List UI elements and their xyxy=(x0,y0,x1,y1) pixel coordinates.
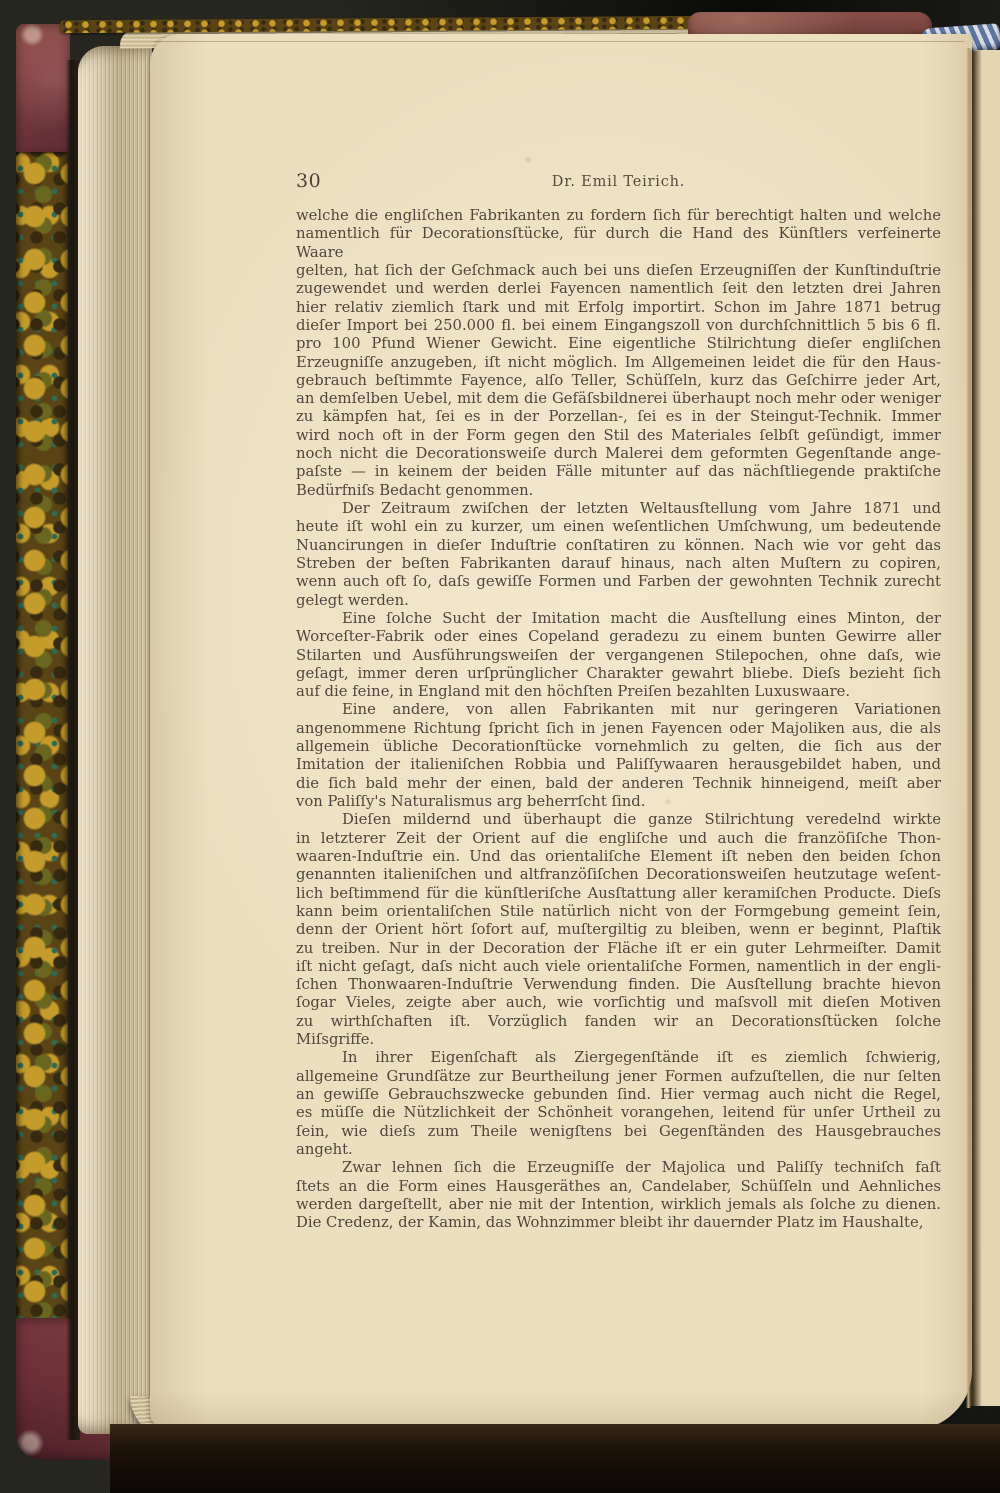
text-line: allgemeine Grundſätze zur Beurtheilung j… xyxy=(296,1068,941,1086)
text-line: kann beim orientaliſchen Stile natürlich… xyxy=(296,903,941,921)
text-line: Stilarten und Ausführungsweiſen der verg… xyxy=(296,647,941,665)
book-bottom-shadow xyxy=(110,1424,1000,1493)
text-line: In ihrer Eigenſchaft als Ziergegenſtände… xyxy=(296,1049,941,1067)
text-line: dieſer Import bei 250.000 fl. bei einem … xyxy=(296,317,941,335)
text-line: Miſsgriffe. xyxy=(296,1031,941,1049)
text-line: pro 100 Pfund Wiener Gewicht. Eine eigen… xyxy=(296,335,941,353)
page-edge-stack-left xyxy=(78,46,152,1434)
paragraph: In ihrer Eigenſchaft als Ziergegenſtände… xyxy=(296,1049,941,1159)
paragraph: Eine andere, von allen Fabrikanten mit n… xyxy=(296,701,941,811)
text-line: zu kämpfen hat, ſei es in der Porzellan-… xyxy=(296,408,941,426)
paragraph: Der Zeitraum zwiſchen der letzten Weltau… xyxy=(296,500,941,610)
paragraph: Zwar lehnen ſich die Erzeugniſſe der Maj… xyxy=(296,1159,941,1232)
text-line: die ſich bald mehr der einen, bald der a… xyxy=(296,775,941,793)
text-line: denn der Orient hört ſofort auf, muſterg… xyxy=(296,921,941,939)
text-line: lich beſtimmend für die künſtleriſche Au… xyxy=(296,885,941,903)
text-line: auf die feine, in England mit den höchſt… xyxy=(296,683,941,701)
text-line: zugewendet und werden derlei Fayencen na… xyxy=(296,280,941,298)
text-line: Eine andere, von allen Fabrikanten mit n… xyxy=(296,701,941,719)
text-line: Die Credenz, der Kamin, das Wohnzimmer b… xyxy=(296,1214,941,1232)
gutter-crease xyxy=(966,48,971,1408)
text-line: gelegt werden. xyxy=(296,592,941,610)
running-header: Dr. Emil Teirich. xyxy=(296,174,941,190)
text-line: welche die engliſchen Fabrikanten zu for… xyxy=(296,207,941,225)
text-line: es müſſe die Nützlichkeit der Schönheit … xyxy=(296,1104,941,1122)
facing-page-edge xyxy=(970,50,1000,1406)
text-line: angeht. xyxy=(296,1141,941,1159)
text-line: Imitation der italieniſchen Robbia und P… xyxy=(296,756,941,774)
spine-leather-top-left xyxy=(16,24,70,156)
text-line: Der Zeitraum zwiſchen der letzten Weltau… xyxy=(296,500,941,518)
text-line: Bedürfniſs Bedacht genommen. xyxy=(296,482,941,500)
text-line: geſagt, immer deren urſprünglicher Chara… xyxy=(296,665,941,683)
text-line: hier relativ ziemlich ſtark und mit Erfo… xyxy=(296,299,941,317)
text-line: Streben der beſten Fabrikanten darauf hi… xyxy=(296,555,941,573)
text-line: ſchen Thonwaaren-Induſtrie Verwendung fi… xyxy=(296,976,941,994)
body-text: welche die engliſchen Fabrikanten zu for… xyxy=(296,207,941,1233)
marbled-cover-edge xyxy=(16,152,68,1324)
text-line: angenommene Richtung ſpricht ſich in jen… xyxy=(296,720,941,738)
text-line: Eine ſolche Sucht der Imitation macht di… xyxy=(296,610,941,628)
text-line: gebrauch beſtimmte Fayence, alſo Teller,… xyxy=(296,372,941,390)
text-line: Dieſen mildernd und überhaupt die ganze … xyxy=(296,811,941,829)
text-line: Erzeugniſſe anzugeben, iſt nicht möglich… xyxy=(296,354,941,372)
paragraph: welche die engliſchen Fabrikanten zu for… xyxy=(296,207,941,500)
text-line: zu wirthſchaften iſt. Vorzüglich fanden … xyxy=(296,1013,941,1031)
text-line: ſogar Vieles, zeigte aber auch, wie vorſ… xyxy=(296,994,941,1012)
text-line: paſste — in keinem der beiden Fälle mitu… xyxy=(296,463,941,481)
text-line: ſein, wie dieſs zum Theile wenigſtens be… xyxy=(296,1123,941,1141)
text-line: an demſelben Uebel, mit dem die Gefäſsbi… xyxy=(296,390,941,408)
text-line: wenn auch oft ſo, daſs gewiſſe Formen un… xyxy=(296,573,941,591)
text-line: allgemein übliche Decorationſtücke vorne… xyxy=(296,738,941,756)
text-line: wird noch oft in der Form gegen den Stil… xyxy=(296,427,941,445)
text-line: Worceſter-Fabrik oder eines Copeland ger… xyxy=(296,628,941,646)
text-line: in letzterer Zeit der Orient auf die eng… xyxy=(296,830,941,848)
text-line: namentlich für Decorationsſtücke, für du… xyxy=(296,225,941,262)
text-line: von Paliſſy's Naturalismus arg beherrſch… xyxy=(296,793,941,811)
text-line: iſt nicht geſagt, daſs nicht auch viele … xyxy=(296,958,941,976)
text-line: heute iſt wohl ein zu kurzer, um einen w… xyxy=(296,518,941,536)
text-line: Nuancirungen in dieſer Induſtrie conſtat… xyxy=(296,537,941,555)
text-line: ſtets an die Form eines Hausgeräthes an,… xyxy=(296,1178,941,1196)
book-scan: 30 Dr. Emil Teirich. welche die engliſch… xyxy=(0,0,1000,1493)
text-line: genannten italieniſchen und altfranzöſiſ… xyxy=(296,866,941,884)
paragraph: Dieſen mildernd und überhaupt die ganze … xyxy=(296,811,941,1049)
paragraph: Eine ſolche Sucht der Imitation macht di… xyxy=(296,610,941,702)
text-line: werden dargeſtellt, aber nie mit der Int… xyxy=(296,1196,941,1214)
text-line: waaren-Induſtrie ein. Und das orientaliſ… xyxy=(296,848,941,866)
text-line: gelten, hat ſich der Geſchmack auch bei … xyxy=(296,262,941,280)
text-line: noch nicht die Decorationsweiſe durch Ma… xyxy=(296,445,941,463)
text-line: zu treiben. Nur in der Decoration der Fl… xyxy=(296,940,941,958)
text-line: an gewiſſe Gebrauchszwecke gebunden ſind… xyxy=(296,1086,941,1104)
text-line: Zwar lehnen ſich die Erzeugniſſe der Maj… xyxy=(296,1159,941,1177)
